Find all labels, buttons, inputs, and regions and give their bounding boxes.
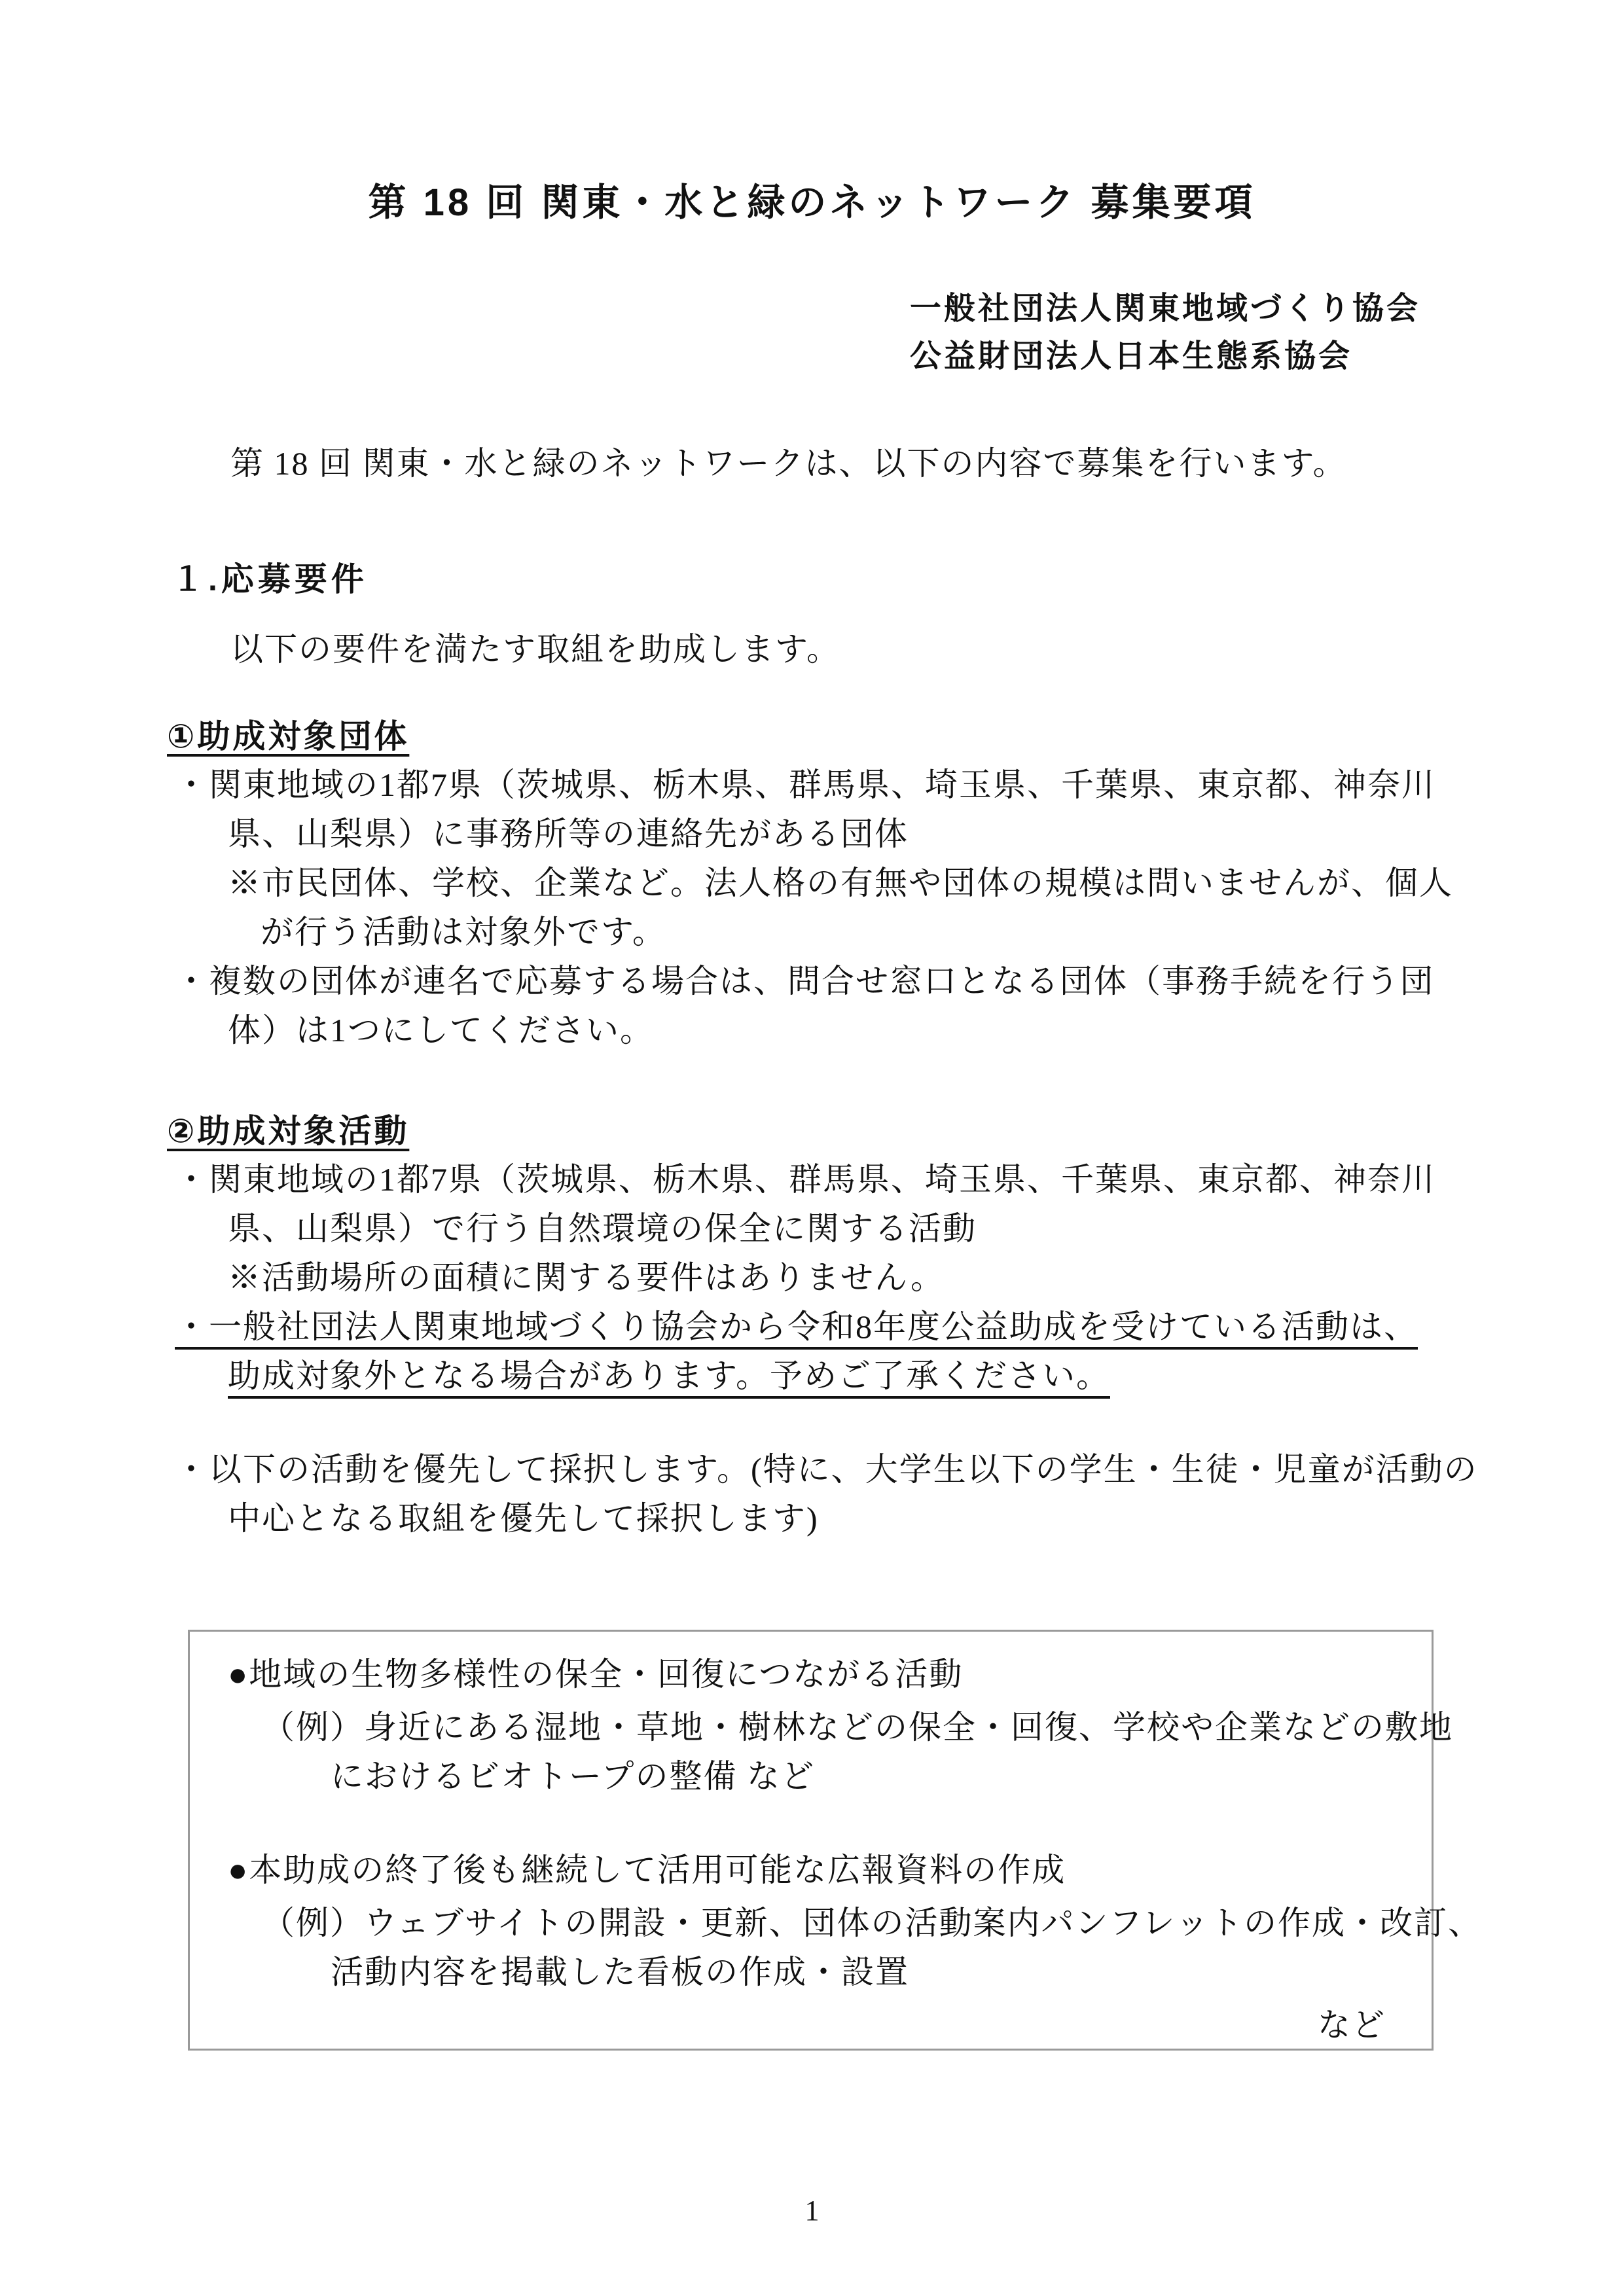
body-line-underlined: ・一般社団法人関東地域づくり協会から令和8年度公益助成を受けている活動は、 — [0, 1302, 1624, 1352]
group1-body: ・関東地域の1都7県（茨城県、栃木県、群馬県、埼玉県、千葉県、東京都、神奈川 県… — [0, 761, 1624, 1055]
box-item1-title: ●地域の生物多様性の保全・回復につながる活動 — [190, 1650, 1432, 1699]
body-line: ※市民団体、学校、企業など。法人格の有無や団体の規模は問いませんが、個人 — [0, 859, 1624, 908]
group1-heading: ①助成対象団体 — [167, 710, 409, 757]
body-line: ・関東地域の1都7県（茨城県、栃木県、群馬県、埼玉県、千葉県、東京都、神奈川 — [0, 761, 1624, 810]
group2-heading: ②助成対象活動 — [167, 1105, 409, 1152]
org-name-2: 公益財団法人日本生態系協会 — [910, 332, 1420, 380]
criteria-box: ●地域の生物多様性の保全・回復につながる活動 （例）身近にある湿地・草地・樹林な… — [188, 1630, 1434, 2051]
body-line-underlined: 助成対象外となる場合があります。予めご了承ください。 — [0, 1352, 1624, 1401]
group2-body: ・関東地域の1都7県（茨城県、栃木県、群馬県、埼玉県、千葉県、東京都、神奈川 県… — [0, 1155, 1624, 1401]
box-item1-example: （例）身近にある湿地・草地・樹林などの保全・回復、学校や企業などの敷地 — [190, 1703, 1432, 1752]
box-item2-example: （例）ウェブサイトの開設・更新、団体の活動案内パンフレットの作成・改訂、 — [190, 1899, 1432, 1948]
document-page: 第 18 回 関東・水と緑のネットワーク 募集要項 一般社団法人関東地域づくり協… — [0, 0, 1624, 2296]
box-item2-title: ●本助成の終了後も継続して活用可能な広報資料の作成 — [190, 1846, 1432, 1895]
priority-note: ・以下の活動を優先して採択します。(特に、大学生以下の学生・生徒・児童が活動の … — [0, 1445, 1624, 1543]
body-line: 中心となる取組を優先して採択します) — [0, 1494, 1624, 1543]
body-line: ※活動場所の面積に関する要件はありません。 — [0, 1253, 1624, 1302]
box-suffix: など — [190, 2001, 1432, 2050]
section1-heading: １.応募要件 — [171, 553, 368, 600]
body-line: が行う活動は対象外です。 — [0, 908, 1624, 957]
body-line: 県、山梨県）に事務所等の連絡先がある団体 — [0, 810, 1624, 859]
section1-lead: 以下の要件を満たす取組を助成します。 — [230, 623, 840, 670]
page-number: 1 — [0, 2194, 1624, 2227]
body-line: 体）は1つにしてください。 — [0, 1006, 1624, 1055]
box-item1-example-cont: におけるビオトープの整備 など — [190, 1752, 1432, 1801]
org-name-1: 一般社団法人関東地域づくり協会 — [910, 285, 1420, 332]
document-title: 第 18 回 関東・水と緑のネットワーク 募集要項 — [0, 171, 1624, 226]
body-line: ・以下の活動を優先して採択します。(特に、大学生以下の学生・生徒・児童が活動の — [0, 1445, 1624, 1494]
box-item2-example-cont: 活動内容を掲載した看板の作成・設置 — [190, 1948, 1432, 1997]
body-line: ・関東地域の1都7県（茨城県、栃木県、群馬県、埼玉県、千葉県、東京都、神奈川 — [0, 1155, 1624, 1204]
body-line: ・複数の団体が連名で応募する場合は、問合せ窓口となる団体（事務手続を行う団 — [0, 957, 1624, 1006]
intro-text: 第 18 回 関東・水と緑のネットワークは、以下の内容で募集を行います。 — [230, 437, 1347, 484]
organization-block: 一般社団法人関東地域づくり協会 公益財団法人日本生態系協会 — [910, 285, 1420, 380]
body-line: 県、山梨県）で行う自然環境の保全に関する活動 — [0, 1204, 1624, 1253]
